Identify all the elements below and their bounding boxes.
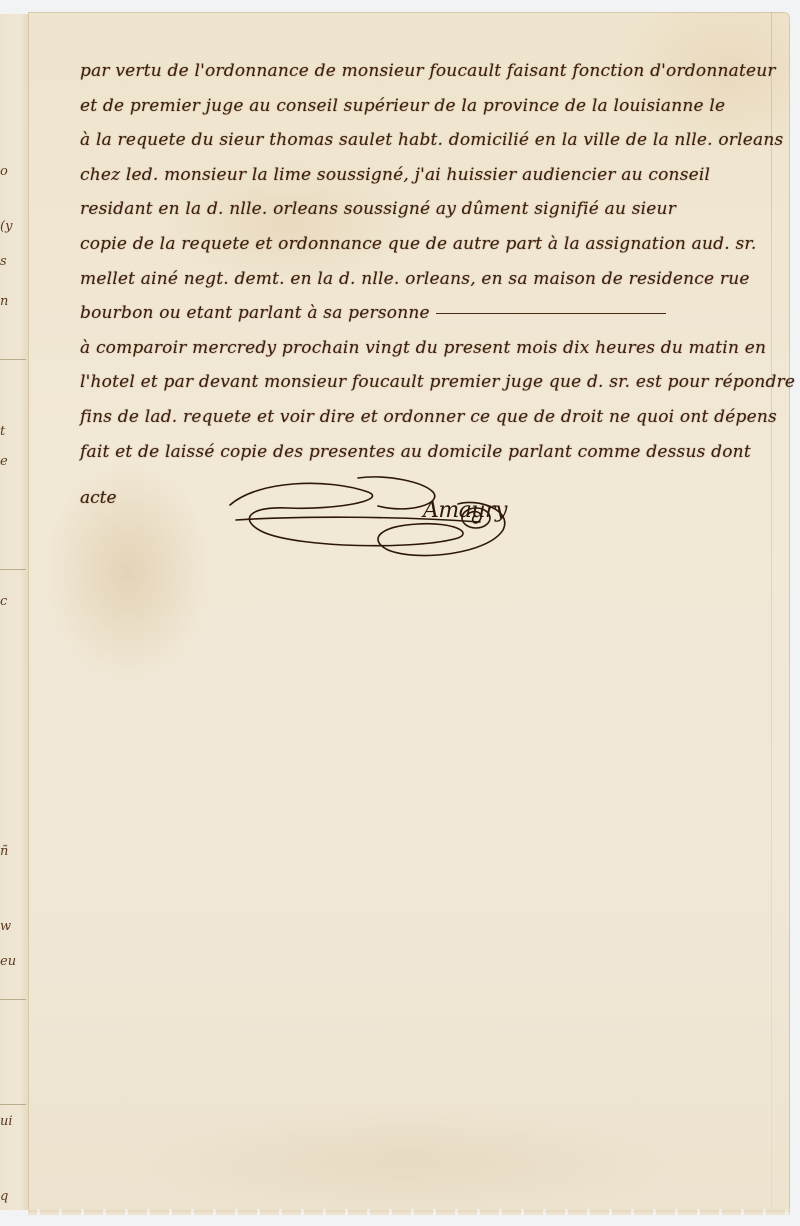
adjacent-page-fragment: (y — [0, 219, 26, 234]
adjacent-page-fragment: q — [0, 1189, 26, 1204]
manuscript-line-10: l'hotel et par devant monsieur foucault … — [80, 365, 780, 400]
adjacent-page-fragment: n — [0, 294, 26, 309]
scanned-document: o(ysntecñweuuiq par vertu de l'ordonnanc… — [0, 0, 800, 1226]
manuscript-line-8-text: bourbon ou etant parlant à sa personne — [80, 303, 430, 323]
signature: Amaury — [218, 470, 518, 570]
manuscript-line-11: fins de lad. requete et voir dire et ord… — [80, 400, 780, 435]
line-filler-stroke — [436, 313, 666, 314]
adjacent-page-rule — [0, 1104, 26, 1105]
manuscript-line-8: bourbon ou etant parlant à sa personne — [80, 296, 780, 331]
manuscript-line-6: copie de la requete et ordonnance que de… — [80, 227, 780, 262]
torn-bottom-edge — [28, 1209, 790, 1215]
manuscript-line-5: residant en la d. nlle. orleans soussign… — [80, 192, 780, 227]
adjacent-page-rule — [0, 999, 26, 1000]
manuscript-line-12: fait et de laissé copie des presentes au… — [80, 435, 780, 470]
manuscript-line-7: mellet ainé negt. demt. en la d. nlle. o… — [80, 262, 780, 297]
adjacent-page-fragment: ui — [0, 1114, 26, 1129]
adjacent-page-strip: o(ysntecñweuuiq — [0, 14, 29, 1210]
adjacent-page-fragment: eu — [0, 954, 26, 969]
signature-name: Amaury — [423, 498, 507, 523]
adjacent-page-rule — [0, 569, 26, 570]
adjacent-page-fragment: ñ — [0, 844, 26, 859]
manuscript-line-4: chez led. monsieur la lime soussigné, j'… — [80, 158, 780, 193]
adjacent-page-fragment: o — [0, 164, 26, 179]
manuscript-page: par vertu de l'ordonnance de monsieur fo… — [28, 12, 790, 1212]
adjacent-page-fragment: w — [0, 919, 26, 934]
adjacent-page-fragment: s — [0, 254, 26, 269]
adjacent-page-rule — [0, 359, 26, 360]
adjacent-page-fragment: e — [0, 454, 26, 469]
closing-word: acte — [80, 488, 117, 508]
adjacent-page-fragment: c — [0, 594, 26, 609]
manuscript-body: par vertu de l'ordonnance de monsieur fo… — [80, 54, 780, 469]
manuscript-line-2: et de premier juge au conseil supérieur … — [80, 89, 780, 124]
manuscript-line-9: à comparoir mercredy prochain vingt du p… — [80, 331, 780, 366]
manuscript-line-1: par vertu de l'ordonnance de monsieur fo… — [80, 54, 780, 89]
manuscript-line-3: à la requete du sieur thomas saulet habt… — [80, 123, 780, 158]
adjacent-page-fragment: t — [0, 424, 26, 439]
